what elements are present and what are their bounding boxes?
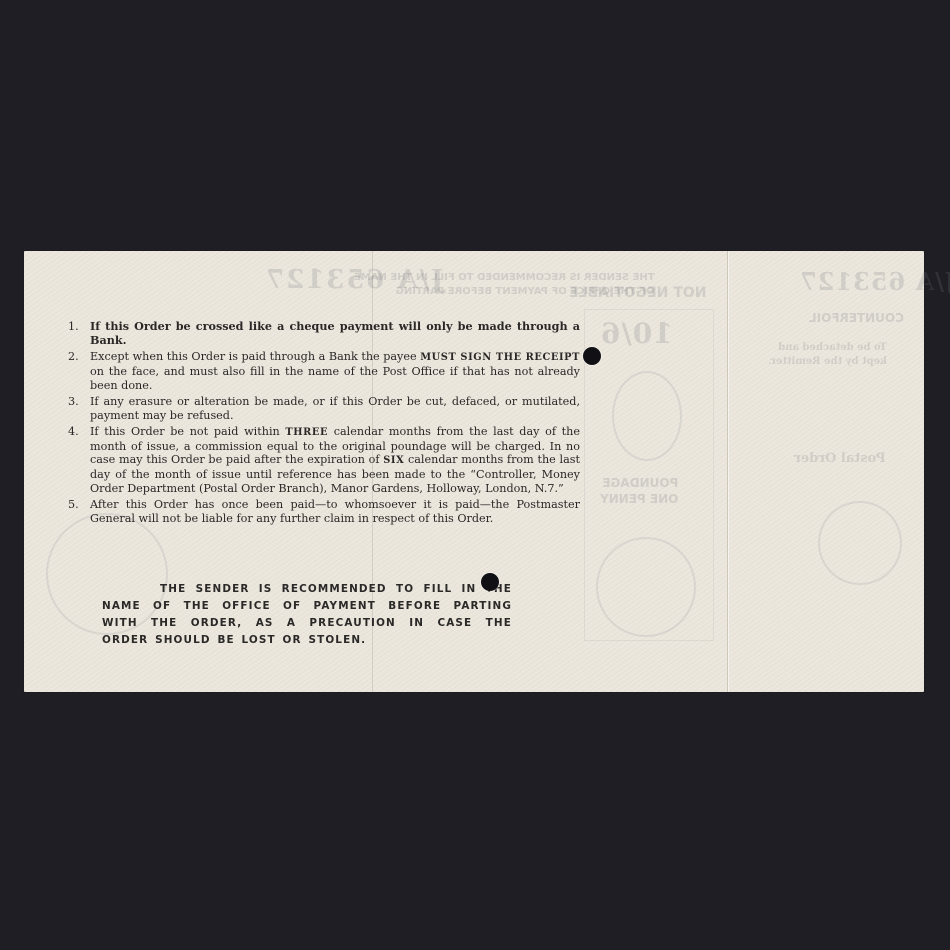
condition-number: 4.: [68, 425, 90, 496]
show-through-value: 10/6: [600, 317, 673, 350]
condition-text: If this Order be crossed like a cheque p…: [90, 320, 580, 348]
punch-hole: [583, 347, 601, 365]
condition-item: 1. If this Order be crossed like a chequ…: [68, 320, 580, 348]
show-through-header-line: OF THE OFFICE OF PAYMENT BEFORE PARTING: [354, 285, 655, 299]
show-through-header-line: THE SENDER IS RECOMMENDED TO FILL IN THE…: [354, 271, 655, 285]
show-through-seal-right: [596, 537, 696, 637]
sender-notice: THE SENDER IS RECOMMENDED TO FILL IN THE…: [102, 581, 512, 649]
show-through-poundage-line: ONE PENNY: [600, 491, 678, 507]
show-through-counterfoil-line: kept by the Remitter.: [768, 355, 887, 369]
show-through-counterfoil-title: COUNTERFOIL: [809, 311, 904, 325]
show-through-counterfoil-amount: Postal Order: [794, 451, 886, 466]
punch-hole: [481, 573, 499, 591]
condition-item: 4. If this Order be not paid within THRE…: [68, 425, 580, 496]
show-through-counterfoil-line: To be detached and: [768, 341, 887, 355]
condition-item: 3. If any erasure or alteration be made,…: [68, 395, 580, 423]
condition-number: 1.: [68, 320, 90, 348]
show-through-poundage-line: POUNDAGE: [600, 475, 678, 491]
condition-text: After this Order has once been paid—to w…: [90, 498, 580, 526]
condition-text: Except when this Order is paid through a…: [90, 350, 580, 392]
condition-number: 3.: [68, 395, 90, 423]
show-through-portrait-oval: [612, 371, 682, 461]
condition-number: 5.: [68, 498, 90, 526]
condition-text: If any erasure or alteration be made, or…: [90, 395, 580, 423]
conditions-list: 1. If this Order be crossed like a chequ…: [68, 320, 580, 528]
show-through-header: THE SENDER IS RECOMMENDED TO FILL IN THE…: [354, 271, 655, 299]
counterfoil-perforation: [727, 251, 728, 692]
emphasis-text: THREE: [285, 427, 328, 438]
condition-text: If this Order be not paid within THREE c…: [90, 425, 580, 496]
emphasis-text: SIX: [383, 455, 404, 466]
postal-order-reverse: J/A 653127 J/A 653127 NOT NEGOTIABLE THE…: [24, 251, 924, 692]
show-through-poundage: POUNDAGE ONE PENNY: [600, 475, 678, 507]
condition-item: 2. Except when this Order is paid throug…: [68, 350, 580, 392]
show-through-seal-counterfoil: [818, 501, 902, 585]
emphasis-text: MUST SIGN THE RECEIPT: [420, 352, 580, 363]
condition-item: 5. After this Order has once been paid—t…: [68, 498, 580, 526]
show-through-serial-counterfoil: J/A 653127: [799, 267, 950, 296]
condition-number: 2.: [68, 350, 90, 392]
show-through-counterfoil-text: To be detached and kept by the Remitter.: [768, 341, 887, 369]
